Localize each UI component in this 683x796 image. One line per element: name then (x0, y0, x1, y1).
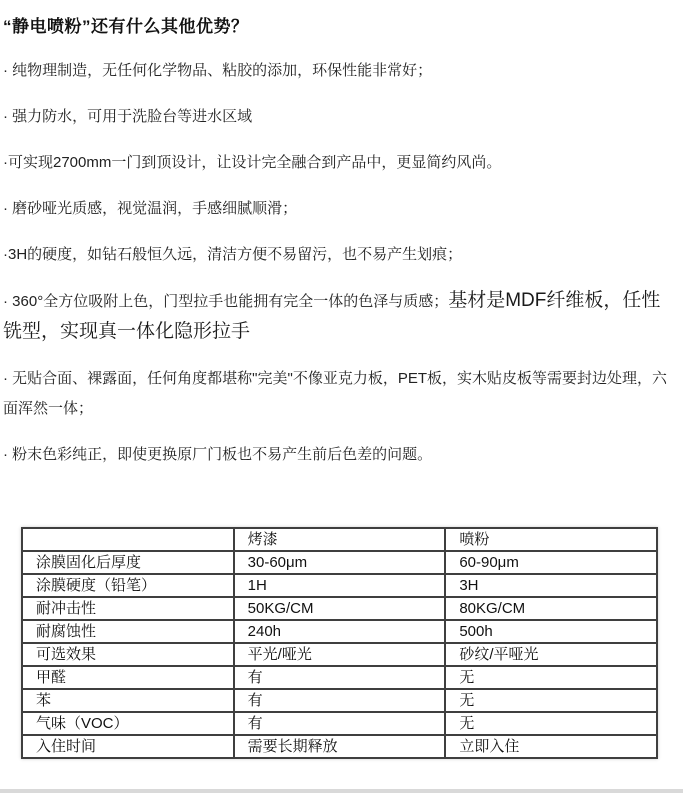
article-body: “静电喷粉”还有什么其他优势？ · 纯物理制造，无任何化学物品、粘胶的添加，环保… (0, 0, 683, 759)
row-label: 耐冲击性 (22, 597, 234, 620)
table-row-impact-resistance: 耐冲击性 50KG/CM 80KG/CM (22, 597, 657, 620)
table-row-move-in-time: 入住时间 需要长期释放 立即入住 (22, 735, 657, 758)
cell-value: 1H (234, 574, 446, 597)
header-cell-baked-paint: 烤漆 (234, 528, 446, 551)
page-title: “静电喷粉”还有什么其他优势？ (3, 14, 677, 40)
bullet-no-laminated-face: · 无贴合面、裸露面，任何角度都堪称"完美"不像亚克力板，PET板，实木贴皮板等… (3, 364, 675, 424)
header-cell-powder-spray: 喷粉 (445, 528, 657, 551)
cell-value: 需要长期释放 (234, 735, 446, 758)
cell-value: 立即入住 (445, 735, 657, 758)
table-row-voc-odor: 气味（VOC） 有 无 (22, 712, 657, 735)
bullet-matte-texture: · 磨砂哑光质感，视觉温润，手感细腻顺滑； (3, 194, 675, 224)
header-cell-blank (22, 528, 234, 551)
bullet-360-coloring: · 360°全方位吸附上色，门型拉手也能拥有完全一体的色泽与质感；基材是MDF纤… (3, 286, 675, 348)
table-row-formaldehyde: 甲醛 有 无 (22, 666, 657, 689)
row-label: 涂膜硬度（铅笔） (22, 574, 234, 597)
bullet-3h-hardness: ·3H的硬度，如钻石般恒久远，清洁方便不易留污，也不易产生划痕； (3, 240, 675, 270)
row-label: 可选效果 (22, 643, 234, 666)
table-row-hardness: 涂膜硬度（铅笔） 1H 3H (22, 574, 657, 597)
cell-value: 60-90μm (445, 551, 657, 574)
cell-value: 有 (234, 689, 446, 712)
row-label: 耐腐蚀性 (22, 620, 234, 643)
cell-value: 有 (234, 712, 446, 735)
bottom-divider (0, 789, 683, 793)
table-header-row: 烤漆 喷粉 (22, 528, 657, 551)
cell-value: 无 (445, 712, 657, 735)
cell-value: 无 (445, 666, 657, 689)
table-row-optional-effects: 可选效果 平光/哑光 砂纹/平哑光 (22, 643, 657, 666)
cell-value: 50KG/CM (234, 597, 446, 620)
table-row-corrosion-resistance: 耐腐蚀性 240h 500h (22, 620, 657, 643)
bullet-pure-color: · 粉末色彩纯正，即使更换原厂门板也不易产生前后色差的问题。 (3, 440, 675, 470)
cell-value: 30-60μm (234, 551, 446, 574)
table-row-benzene: 苯 有 无 (22, 689, 657, 712)
cell-value: 80KG/CM (445, 597, 657, 620)
row-label: 涂膜固化后厚度 (22, 551, 234, 574)
row-label: 苯 (22, 689, 234, 712)
row-label: 入住时间 (22, 735, 234, 758)
cell-value: 平光/哑光 (234, 643, 446, 666)
bullet-pure-physical: · 纯物理制造，无任何化学物品、粘胶的添加，环保性能非常好； (3, 56, 675, 86)
comparison-table-wrap: 烤漆 喷粉 涂膜固化后厚度 30-60μm 60-90μm 涂膜硬度（铅笔） 1… (21, 527, 677, 759)
bullet-360-coloring-text: · 360°全方位吸附上色，门型拉手也能拥有完全一体的色泽与质感； (3, 293, 448, 310)
cell-value: 500h (445, 620, 657, 643)
table-row-thickness: 涂膜固化后厚度 30-60μm 60-90μm (22, 551, 657, 574)
row-label: 气味（VOC） (22, 712, 234, 735)
cell-value: 砂纹/平哑光 (445, 643, 657, 666)
cell-value: 3H (445, 574, 657, 597)
bullet-2700mm-design: ·可实现2700mm一门到顶设计，让设计完全融合到产品中，更显简约风尚。 (3, 148, 675, 178)
row-label: 甲醛 (22, 666, 234, 689)
cell-value: 有 (234, 666, 446, 689)
comparison-table: 烤漆 喷粉 涂膜固化后厚度 30-60μm 60-90μm 涂膜硬度（铅笔） 1… (21, 527, 658, 759)
bullet-waterproof: · 强力防水，可用于洗脸台等进水区域 (3, 102, 675, 132)
cell-value: 240h (234, 620, 446, 643)
cell-value: 无 (445, 689, 657, 712)
